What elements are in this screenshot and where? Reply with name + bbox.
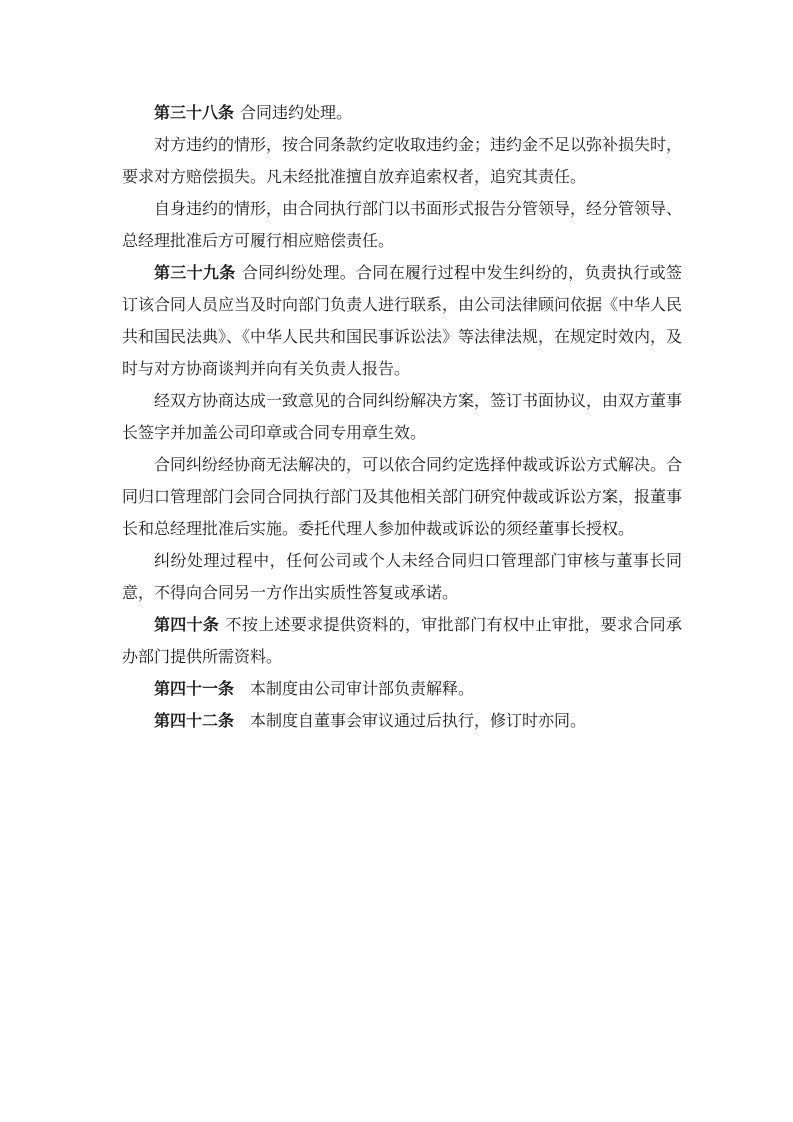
article-heading: 第四十二条 [154,711,234,730]
article-41-heading-paragraph: 第四十一条本制度由公司审计部负责解释。 [122,673,682,705]
article-heading: 第三十九条 [154,263,236,282]
document-page: 第三十八条合同违约处理。 对方违约的情形，按合同条款约定收取违约金；违约金不足以… [122,97,682,737]
article-paragraph: 合同纠纷经协商无法解决的，可以依合同约定选择仲裁或诉讼方式解决。合同归口管理部门… [122,449,682,545]
article-42-heading-paragraph: 第四十二条本制度自董事会审议通过后执行，修订时亦同。 [122,705,682,737]
article-text: 本制度自董事会审议通过后执行，修订时亦同。 [250,711,586,730]
article-heading: 第三十八条 [154,103,234,122]
article-heading: 第四十一条 [154,679,234,698]
article-39-heading-paragraph: 第三十九条合同纠纷处理。合同在履行过程中发生纠纷的，负责执行或签订该合同人员应当… [122,257,682,385]
article-paragraph: 自身违约的情形，由合同执行部门以书面形式报告分管领导，经分管领导、总经理批准后方… [122,193,682,257]
article-paragraph: 对方违约的情形，按合同条款约定收取违约金；违约金不足以弥补损失时，要求对方赔偿损… [122,129,682,193]
article-heading: 第四十条 [154,615,219,634]
article-text: 合同违约处理。 [240,103,352,122]
article-paragraph: 经双方协商达成一致意见的合同纠纷解决方案，签订书面协议，由双方董事长签字并加盖公… [122,385,682,449]
article-paragraph: 纠纷处理过程中，任何公司或个人未经合同归口管理部门审核与董事长同意，不得向合同另… [122,545,682,609]
article-text: 本制度由公司审计部负责解释。 [250,679,474,698]
article-40-heading-paragraph: 第四十条不按上述要求提供资料的，审批部门有权中止审批，要求合同承办部门提供所需资… [122,609,682,673]
article-38-heading-paragraph: 第三十八条合同违约处理。 [122,97,682,129]
